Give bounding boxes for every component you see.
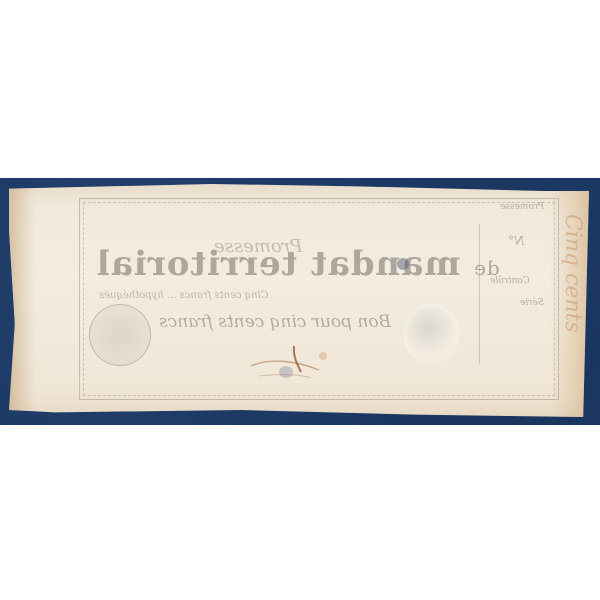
note-title: de mandat territorial <box>96 244 500 284</box>
banknote: Promesse de mandat territorial Cinq cent… <box>9 184 589 417</box>
counterfoil-series-text: Série <box>520 298 544 308</box>
counterfoil-top: Promesse <box>500 202 544 212</box>
note-title-mirrored: de mandat territorial <box>96 244 500 284</box>
counterfoil-number-text: N° <box>508 234 525 248</box>
value-line: Bon pour cinq cents francs <box>159 312 391 332</box>
counterfoil-top-text: Promesse <box>500 202 544 212</box>
signature-flourish <box>249 344 339 384</box>
counterfoil-caption: Contrôle <box>490 276 530 286</box>
value-line-text: Bon pour cinq cents francs <box>159 312 391 332</box>
ink-spot <box>279 366 293 378</box>
note-subline-text: Cinq cents francs ... hypothéqués <box>99 290 268 301</box>
stub-script: Cinq cents <box>555 214 585 394</box>
rust-spot <box>319 352 327 360</box>
embossed-seal-right <box>404 304 459 364</box>
note-subline: Cinq cents francs ... hypothéqués <box>99 290 268 301</box>
counterfoil-series: Série <box>520 298 544 308</box>
ink-spot <box>397 258 409 270</box>
counterfoil-box: Promesse N° Contrôle Série <box>479 224 555 364</box>
counterfoil-caption-text: Contrôle <box>490 276 530 286</box>
dry-seal-left <box>89 304 151 366</box>
counterfoil-number: N° <box>508 234 525 248</box>
stub-script-text: Cinq cents <box>560 214 585 333</box>
